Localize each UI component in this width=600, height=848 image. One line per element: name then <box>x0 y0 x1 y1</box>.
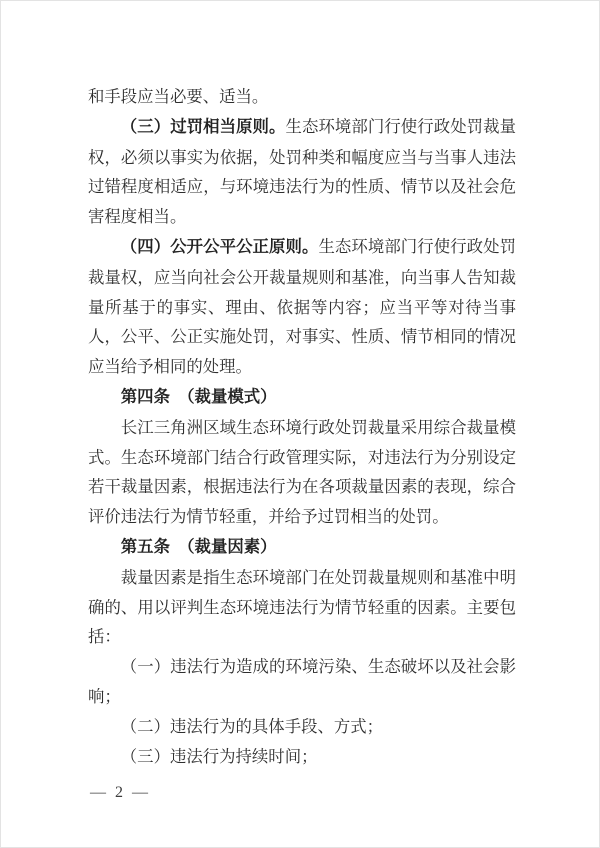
paragraph-text: 生态环境部门行使行政处罚裁量权，应当向社会公开裁量规则和基准，向当事人告知裁量所… <box>88 237 516 376</box>
paragraph-text: （三）违法行为持续时间； <box>121 747 318 766</box>
paragraph-text: （一）违法行为造成的环境污染、生态破坏以及社会影响； <box>88 657 516 706</box>
paragraph-article-4-body: 长江三角洲区域生态环境行政处罚裁量采用综合裁量模式。生态环境部门结合行政管理实际… <box>88 413 516 532</box>
heading-text: 第四条 （裁量模式） <box>121 388 277 406</box>
paragraph-text: 和手段应当必要、适当。 <box>88 87 268 106</box>
heading-article-5: 第五条 （裁量因素） <box>88 532 516 563</box>
list-item-3: （三）违法行为持续时间； <box>88 742 516 772</box>
paragraph-principle-4: （四）公开公平公正原则。生态环境部门行使行政处罚裁量权，应当向社会公开裁量规则和… <box>88 232 516 382</box>
list-item-1: （一）违法行为造成的环境污染、生态破坏以及社会影响； <box>88 652 516 712</box>
paragraph-text: （二）违法行为的具体手段、方式； <box>121 717 383 736</box>
document-body: 和手段应当必要、适当。 （三）过罚相当原则。生态环境部门行使行政处罚裁量权，必须… <box>88 82 516 771</box>
paragraph-lead: （四）公开公平公正原则。 <box>121 238 319 256</box>
heading-article-4: 第四条 （裁量模式） <box>88 382 516 413</box>
heading-text: 第五条 （裁量因素） <box>121 538 277 556</box>
paragraph-principle-3: （三）过罚相当原则。生态环境部门行使行政处罚裁量权，必须以事实为依据，处罚种类和… <box>88 112 516 232</box>
paragraph-continuation: 和手段应当必要、适当。 <box>88 82 516 112</box>
paragraph-text: 长江三角洲区域生态环境行政处罚裁量采用综合裁量模式。生态环境部门结合行政管理实际… <box>88 418 516 526</box>
page-number: — 2 — <box>90 784 151 802</box>
paragraph-text: 裁量因素是指生态环境部门在处罚裁量规则和基准中明确的、用以评判生态环境违法行为情… <box>88 568 516 647</box>
document-page: 和手段应当必要、适当。 （三）过罚相当原则。生态环境部门行使行政处罚裁量权，必须… <box>0 0 600 848</box>
paragraph-article-5-body: 裁量因素是指生态环境部门在处罚裁量规则和基准中明确的、用以评判生态环境违法行为情… <box>88 563 516 652</box>
paragraph-lead: （三）过罚相当原则。 <box>121 118 286 136</box>
list-item-2: （二）违法行为的具体手段、方式； <box>88 712 516 742</box>
